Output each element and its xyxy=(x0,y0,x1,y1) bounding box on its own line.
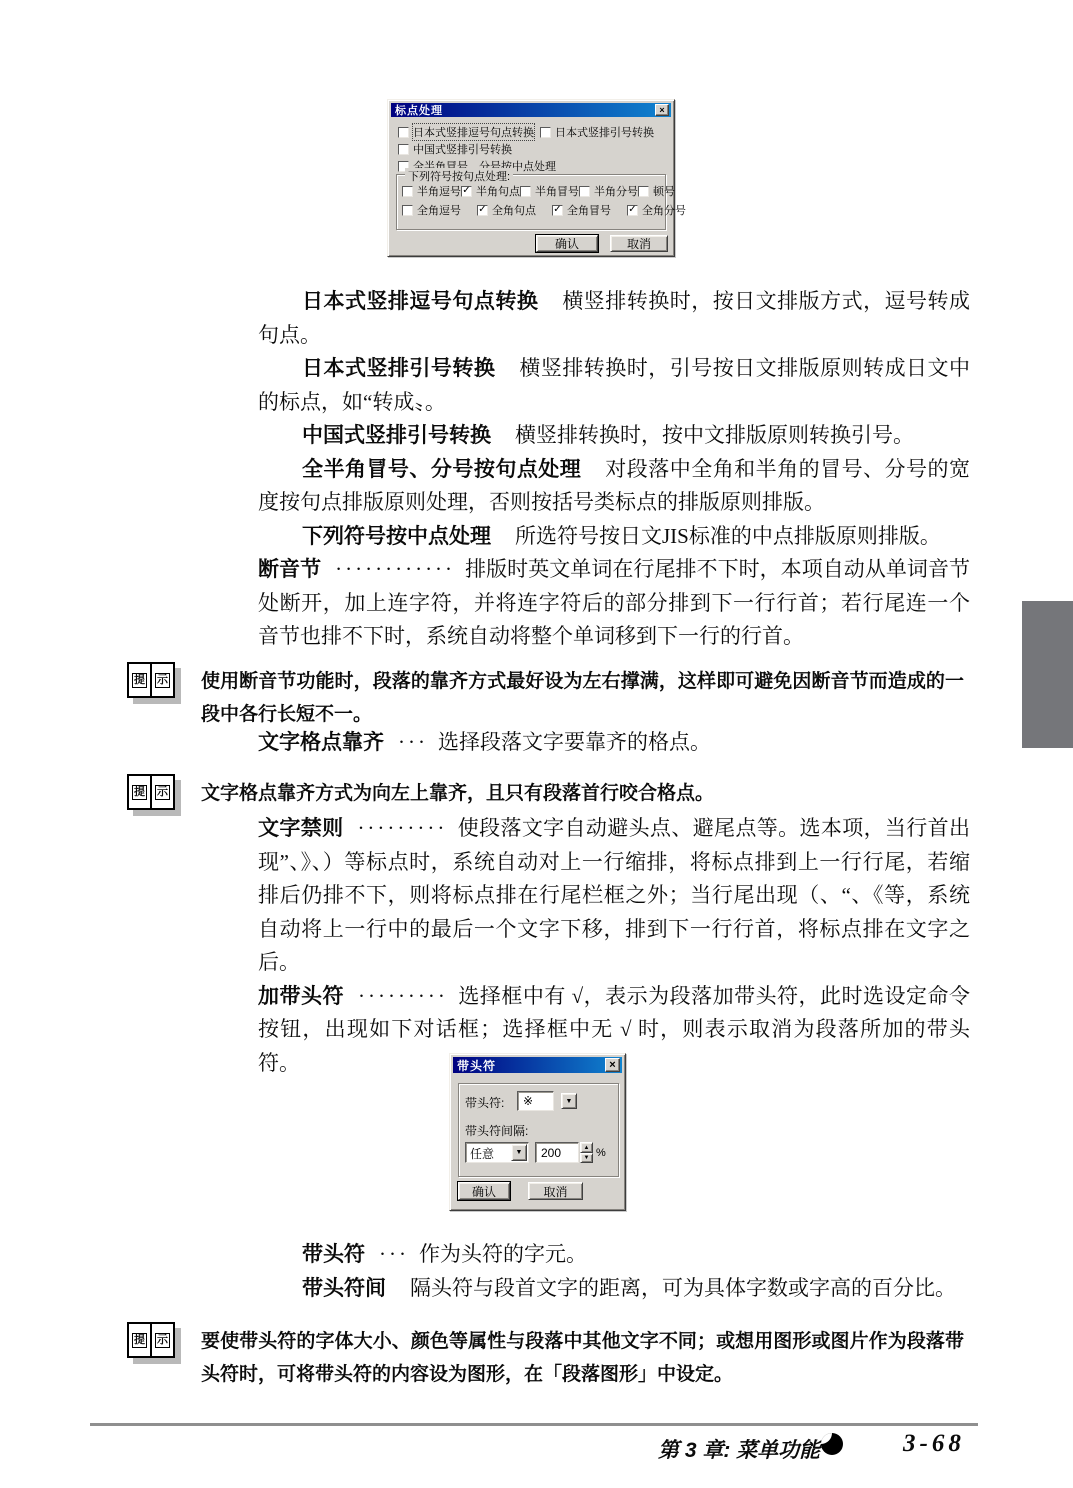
leader-char-input[interactable]: ※ xyxy=(517,1091,554,1111)
definition-item: 文字禁则·········使段落文字自动避头点、避尾点等。选本项，当行首出现”、… xyxy=(258,812,970,980)
checkbox-label: 日本式竖排引号转换 xyxy=(555,124,654,140)
definition-list: 文字格点靠齐···选择段落文字要靠齐的格点。 xyxy=(258,726,970,760)
definition-term: 下列符号按中点处理 xyxy=(302,525,491,548)
checkbox[interactable]: 日本式竖排逗号句点转换 xyxy=(398,124,534,140)
footer-page-number: 3-68 xyxy=(903,1430,965,1458)
dot-leader: ··· xyxy=(379,1242,409,1266)
definition-item: 日本式竖排逗号句点转换横竖排转换时，按日文排版方式，逗号转成句点。 xyxy=(258,285,970,352)
checkbox-label: 半角分号 xyxy=(594,183,638,199)
definition-item: 全半角冒号、分号按句点处理对段落中全角和半角的冒号、分号的宽度按句点排版原则处理… xyxy=(258,453,970,520)
leader-spacing-label: 带头符间隔: xyxy=(465,1122,528,1139)
check-mark: ✓ xyxy=(628,205,636,215)
tip-book-body: 提 示 xyxy=(127,1322,175,1358)
checkbox-label: 半角逗号 xyxy=(417,183,461,199)
check-mark: ✓ xyxy=(553,205,561,215)
checkbox-label: 全角逗号 xyxy=(417,202,461,218)
checkbox[interactable]: 顿号 xyxy=(638,183,675,199)
dot-leader: ········· xyxy=(357,816,447,840)
checkbox-box xyxy=(540,127,551,138)
dot-leader: ············ xyxy=(335,557,455,581)
checkbox[interactable]: ✓ 全角冒号 xyxy=(552,202,611,218)
group-box-label: 下列符号按句点处理: xyxy=(405,168,513,184)
definition-term: 中国式竖排引号转换 xyxy=(302,424,491,447)
spacing-mode-combobox[interactable]: 任意 ▼ xyxy=(465,1142,529,1163)
chapter-pie-icon xyxy=(821,1433,843,1455)
check-mark: ✓ xyxy=(478,205,486,215)
cancel-button[interactable]: 取消 xyxy=(610,235,668,252)
checkbox-row: 半角逗号 ✓ 半角句点 半角冒号 半角分号 顿号 xyxy=(402,183,663,199)
checkbox-row: 全角逗号 ✓ 全角句点 ✓ 全角冒号 ✓ 全角分号 xyxy=(402,202,663,218)
spacing-mode-value: 任意 xyxy=(466,1143,510,1162)
leader-char-label: 带头符: xyxy=(465,1094,504,1111)
definition-desc: 隔头符与段首文字的距离，可为具体字数或字高的百分比。 xyxy=(410,1276,956,1300)
definition-list: 日本式竖排逗号句点转换横竖排转换时，按日文排版方式，逗号转成句点。 日本式竖排引… xyxy=(258,285,970,654)
chapter-side-tab xyxy=(1022,601,1073,748)
checkbox[interactable]: ✓ 全角句点 xyxy=(477,202,536,218)
punctuation-dialog: 标点处理 × 日本式竖排逗号句点转换 日本式竖排引号转换 中国式竖排引号转换 xyxy=(387,99,675,257)
definition-term: 文字禁则 xyxy=(258,817,343,840)
spinner: ▲ ▼ xyxy=(580,1142,593,1163)
definition-desc: 横竖排转换时，按中文排版原则转换引号。 xyxy=(515,423,914,447)
checkbox-box xyxy=(638,186,649,197)
checkbox-row: 日本式竖排引号转换 xyxy=(540,124,654,140)
checkbox[interactable]: 全角逗号 xyxy=(402,202,461,218)
chevron-down-icon: ▼ xyxy=(584,1155,590,1161)
tip-book-page: 示 xyxy=(150,1324,173,1356)
checkbox-row: 中国式竖排引号转换 xyxy=(398,141,512,157)
checkbox[interactable]: 半角分号 xyxy=(579,183,638,199)
checkbox-label: 半角句点 xyxy=(476,183,520,199)
checkbox-label: 全角句点 xyxy=(492,202,536,218)
checkbox-label: 全角分号 xyxy=(642,202,686,218)
tip-text: 使用断音节功能时，段落的靠齐方式最好设为左右撑满，这样即可避免因断音节而造成的一… xyxy=(201,662,964,731)
definition-item: 断音节············排版时英文单词在行尾排不下时，本项自动从单词音节处… xyxy=(258,553,970,654)
dialog-titlebar[interactable]: 带头符 × xyxy=(453,1057,622,1073)
checkbox[interactable]: 半角冒号 xyxy=(520,183,579,199)
checkbox-label: 中国式竖排引号转换 xyxy=(413,141,512,157)
checkbox-box xyxy=(402,186,413,197)
footer-chapter-title: 第 3 章: 菜单功能 xyxy=(658,1434,820,1464)
group-box: 下列符号按句点处理: 半角逗号 ✓ 半角句点 半角冒号 半角分号 xyxy=(396,174,666,230)
definition-item: 下列符号按中点处理所选符号按日文JIS标准的中点排版原则排版。 xyxy=(258,520,970,554)
definition-item: 日本式竖排引号转换横竖排转换时，引号按日文排版原则转成日文中的标点，如“转成〟。 xyxy=(258,352,970,419)
tip-text: 要使带头符的字体大小、颜色等属性与段落中其他文字不同；或想用图形或图片作为段落带… xyxy=(201,1322,964,1391)
checkbox-box: ✓ xyxy=(627,205,638,216)
tip-book-page: 示 xyxy=(150,664,173,696)
checkbox[interactable]: ✓ 全角分号 xyxy=(627,202,686,218)
ok-button[interactable]: 确认 xyxy=(458,1182,510,1200)
tip-book-icon: 提 示 xyxy=(127,662,181,704)
tip-icon-char-left: 提 xyxy=(132,785,147,800)
checkbox-box xyxy=(579,186,590,197)
definition-term: 带头符 xyxy=(302,1243,365,1266)
definition-term: 日本式竖排逗号句点转换 xyxy=(302,290,538,313)
tip-book-icon: 提 示 xyxy=(127,774,181,816)
tip-icon-char-left: 提 xyxy=(132,1333,147,1348)
group-frame: 带头符: ※ ▼ 带头符间隔: 任意 ▼ 200 ▲ ▼ % xyxy=(458,1083,619,1177)
tip-note: 提 示 文字格点靠齐方式为向左上靠齐，且只有段落首行咬合格点。 xyxy=(127,774,970,816)
definition-term: 文字格点靠齐 xyxy=(258,731,384,754)
dialog-title: 带头符 xyxy=(457,1057,605,1074)
dialog-buttons: 确认 取消 xyxy=(536,235,668,252)
spacing-value-input[interactable]: 200 xyxy=(535,1142,579,1163)
leader-char-dialog: 带头符 × 带头符: ※ ▼ 带头符间隔: 任意 ▼ 200 ▲ ▼ % 确认 … xyxy=(449,1053,626,1211)
definition-term: 带头符间 xyxy=(302,1277,386,1300)
definition-term: 断音节 xyxy=(258,558,321,581)
tip-book-body: 提 示 xyxy=(127,774,175,810)
cancel-button[interactable]: 取消 xyxy=(528,1182,583,1200)
close-icon[interactable]: × xyxy=(655,104,669,116)
checkbox-box: ✓ xyxy=(461,186,472,197)
tip-note: 提 示 要使带头符的字体大小、颜色等属性与段落中其他文字不同；或想用图形或图片作… xyxy=(127,1322,970,1391)
checkbox[interactable]: 中国式竖排引号转换 xyxy=(398,141,512,157)
definition-term: 加带头符 xyxy=(258,985,344,1008)
dialog-titlebar[interactable]: 标点处理 × xyxy=(391,103,671,117)
tip-book-page: 提 xyxy=(129,776,150,808)
checkbox-box xyxy=(398,144,409,155)
tip-book-page: 提 xyxy=(129,1324,150,1356)
definition-list: 带头符···作为头符的字元。 带头符间隔头符与段首文字的距离，可为具体字数或字高… xyxy=(258,1238,970,1305)
checkbox[interactable]: 日本式竖排引号转换 xyxy=(540,124,654,140)
dot-leader: ········· xyxy=(358,984,448,1008)
definition-desc: 作为头符的字元。 xyxy=(419,1242,587,1266)
tip-note: 提 示 使用断音节功能时，段落的靠齐方式最好设为左右撑满，这样即可避免因断音节而… xyxy=(127,662,970,731)
checkbox-label: 日本式竖排逗号句点转换 xyxy=(413,124,534,140)
checkbox-box: ✓ xyxy=(477,205,488,216)
tip-book-page: 提 xyxy=(129,664,150,696)
tip-icon-char-right: 示 xyxy=(155,785,170,800)
spinner-down-button[interactable]: ▼ xyxy=(580,1153,593,1163)
checkbox-box xyxy=(402,205,413,216)
tip-text: 文字格点靠齐方式为向左上靠齐，且只有段落首行咬合格点。 xyxy=(201,774,964,810)
checkbox-label: 半角冒号 xyxy=(535,183,579,199)
dialog-title: 标点处理 xyxy=(395,102,655,118)
definition-item: 文字格点靠齐···选择段落文字要靠齐的格点。 xyxy=(258,726,970,760)
checkbox-row: 日本式竖排逗号句点转换 xyxy=(398,124,534,140)
chevron-up-icon: ▲ xyxy=(584,1145,590,1151)
manual-page: 标点处理 × 日本式竖排逗号句点转换 日本式竖排引号转换 中国式竖排引号转换 xyxy=(0,0,1073,1488)
tip-book-icon: 提 示 xyxy=(127,1322,181,1364)
definition-item: 中国式竖排引号转换横竖排转换时，按中文排版原则转换引号。 xyxy=(258,419,970,453)
checkbox-box: ✓ xyxy=(552,205,563,216)
checkbox-box xyxy=(398,127,409,138)
checkbox[interactable]: 半角逗号 xyxy=(402,183,461,199)
check-mark: ✓ xyxy=(462,186,470,196)
definition-item: 带头符间隔头符与段首文字的距离，可为具体字数或字高的百分比。 xyxy=(258,1272,970,1306)
checkbox-box xyxy=(520,186,531,197)
close-icon[interactable]: × xyxy=(605,1058,620,1072)
tip-icon-char-right: 示 xyxy=(155,1333,170,1348)
definition-desc: 所选符号按日文JIS标准的中点排版原则排版。 xyxy=(515,524,941,548)
dot-leader: ··· xyxy=(398,730,428,754)
spinner-up-button[interactable]: ▲ xyxy=(580,1142,593,1153)
footer-rule xyxy=(90,1423,978,1426)
chevron-down-icon: ▼ xyxy=(516,1149,523,1156)
definition-term: 全半角冒号、分号按句点处理 xyxy=(302,458,581,481)
definition-desc: 选择段落文字要靠齐的格点。 xyxy=(438,730,711,754)
checkbox-label: 顿号 xyxy=(653,183,675,199)
definition-term: 日本式竖排引号转换 xyxy=(302,357,495,380)
dropdown-button[interactable]: ▼ xyxy=(561,1093,577,1109)
tip-book-body: 提 示 xyxy=(127,662,175,698)
tip-icon-char-right: 示 xyxy=(155,673,170,688)
definition-list: 文字禁则·········使段落文字自动避头点、避尾点等。选本项，当行首出现”、… xyxy=(258,812,970,1080)
checkbox[interactable]: ✓ 半角句点 xyxy=(461,183,520,199)
ok-button[interactable]: 确认 xyxy=(536,235,598,252)
tip-book-page: 示 xyxy=(150,776,173,808)
chevron-down-icon: ▼ xyxy=(566,1098,573,1105)
definition-item: 带头符···作为头符的字元。 xyxy=(258,1238,970,1272)
tip-icon-char-left: 提 xyxy=(132,673,147,688)
dropdown-button[interactable]: ▼ xyxy=(511,1144,527,1161)
pie-quadrant xyxy=(821,1433,832,1444)
checkbox-label: 全角冒号 xyxy=(567,202,611,218)
percent-sign: % xyxy=(596,1147,606,1159)
